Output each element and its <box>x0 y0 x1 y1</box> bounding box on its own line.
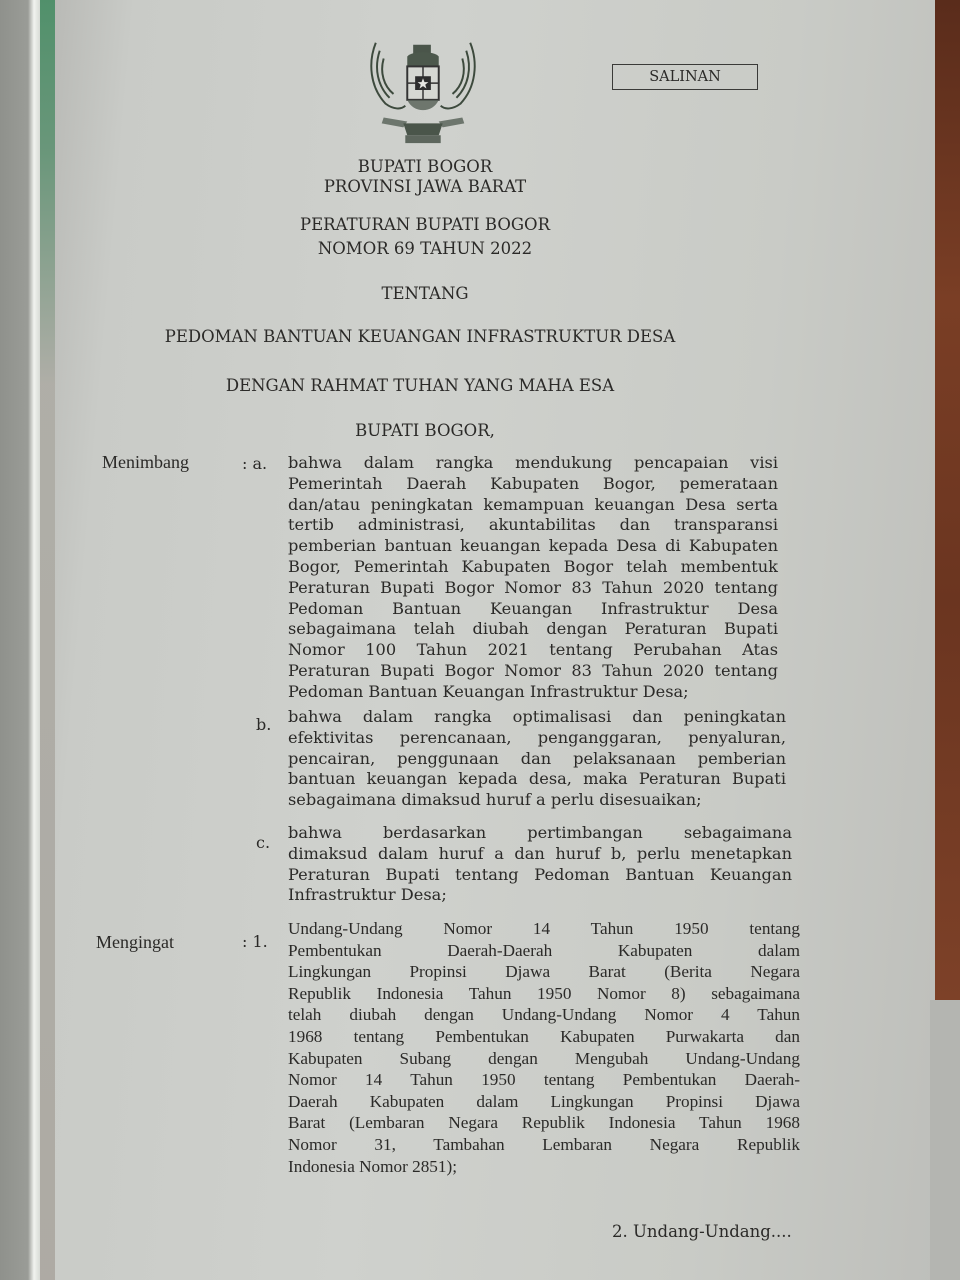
regulation-subject: PEDOMAN BANTUAN KEUANGAN INFRASTRUKTUR D… <box>140 327 700 346</box>
about-heading: TENTANG <box>320 284 530 303</box>
text-line: Pedoman Bantuan Keuangan Infrastruktur D… <box>288 599 778 620</box>
text-line: Barat (Lembaran Negara Republik Indonesi… <box>288 1112 800 1134</box>
text-line: bahwa berdasarkan pertimbangan sebagaima… <box>288 823 792 844</box>
mengingat-label: Mengingat <box>96 932 174 953</box>
text-line: Pembentukan Daerah-Daerah Kabupaten dala… <box>288 940 800 962</box>
garuda-emblem-icon <box>364 32 482 148</box>
text-line: telah diubah dengan Undang-Undang Nomor … <box>288 1004 800 1026</box>
text-line: Peraturan Bupati Bogor Nomor 83 Tahun 20… <box>288 578 778 599</box>
text-line: Indonesia Nomor 2851); <box>288 1156 800 1178</box>
text-line: Infrastruktur Desa; <box>288 885 792 906</box>
text-line: Daerah Kabupaten dalam Lingkungan Propin… <box>288 1091 800 1113</box>
text-line: Pedoman Bantuan Keuangan Infrastruktur D… <box>288 682 778 703</box>
text-line: Republik Indonesia Tahun 1950 Nomor 8) s… <box>288 983 800 1005</box>
salinan-stamp: SALINAN <box>612 64 758 90</box>
page-continuation: 2. Undang-Undang.... <box>612 1222 792 1241</box>
item-marker-a: : a. <box>242 454 267 473</box>
text-line: pencairan, penggunaan dan pelaksanaan pe… <box>288 749 786 770</box>
signatory-heading: BUPATI BOGOR, <box>320 421 530 440</box>
text-line: bahwa dalam rangka mendukung pencapaian … <box>288 453 778 474</box>
text-line: 1968 tentang Pembentukan Kabupaten Purwa… <box>288 1026 800 1048</box>
text-line: Kabupaten Subang dengan Mengubah Undang-… <box>288 1048 800 1070</box>
text-line: Peraturan Bupati Bogor Nomor 83 Tahun 20… <box>288 661 778 682</box>
item-marker-b: b. <box>256 715 271 734</box>
item-marker-1: : 1. <box>242 932 268 951</box>
regulation-title: PERATURAN BUPATI BOGOR <box>270 215 580 234</box>
text-line: bantuan keuangan kepada desa, maka Perat… <box>288 769 786 790</box>
menimbang-item-a: bahwa dalam rangka mendukung pencapaian … <box>288 453 778 703</box>
text-line: Nomor 31, Tambahan Lembaran Negara Repub… <box>288 1134 800 1156</box>
text-line: sebagaimana telah diubah dengan Peratura… <box>288 619 778 640</box>
text-line: Nomor 100 Tahun 2021 tentang Perubahan A… <box>288 640 778 661</box>
text-line: tertib administrasi, akuntabilitas dan t… <box>288 515 778 536</box>
text-line: efektivitas perencanaan, penganggaran, p… <box>288 728 786 749</box>
page-shadow-edge <box>930 1000 960 1280</box>
text-line: Peraturan Bupati tentang Pedoman Bantuan… <box>288 865 792 886</box>
text-line: Bogor, Pemerintah Kabupaten Bogor telah … <box>288 557 778 578</box>
issuer-province: PROVINSI JAWA BARAT <box>290 177 560 196</box>
issuer-title: BUPATI BOGOR <box>300 157 550 176</box>
text-line: dan/atau peningkatan kemampuan keuangan … <box>288 495 778 516</box>
item-marker-c: c. <box>256 833 270 852</box>
regulation-number: NOMOR 69 TAHUN 2022 <box>270 239 580 258</box>
text-line: bahwa dalam rangka optimalisasi dan peni… <box>288 707 786 728</box>
text-line: sebagaimana dimaksud huruf a perlu dises… <box>288 790 786 811</box>
text-line: dimaksud dalam huruf a dan huruf b, perl… <box>288 844 792 865</box>
text-line: Undang-Undang Nomor 14 Tahun 1950 tentan… <box>288 918 800 940</box>
text-line: pemberian bantuan keuangan kepada Desa d… <box>288 536 778 557</box>
menimbang-item-b: bahwa dalam rangka optimalisasi dan peni… <box>288 707 786 811</box>
text-line: Nomor 14 Tahun 1950 tentang Pembentukan … <box>288 1069 800 1091</box>
text-line: Lingkungan Propinsi Djawa Barat (Berita … <box>288 961 800 983</box>
menimbang-item-c: bahwa berdasarkan pertimbangan sebagaima… <box>288 823 792 906</box>
background-left-surface <box>0 0 40 1280</box>
text-line: Pemerintah Daerah Kabupaten Bogor, pemer… <box>288 474 778 495</box>
mengingat-item-1: Undang-Undang Nomor 14 Tahun 1950 tentan… <box>288 918 800 1177</box>
invocation: DENGAN RAHMAT TUHAN YANG MAHA ESA <box>190 376 650 395</box>
menimbang-label: Menimbang <box>102 452 189 473</box>
